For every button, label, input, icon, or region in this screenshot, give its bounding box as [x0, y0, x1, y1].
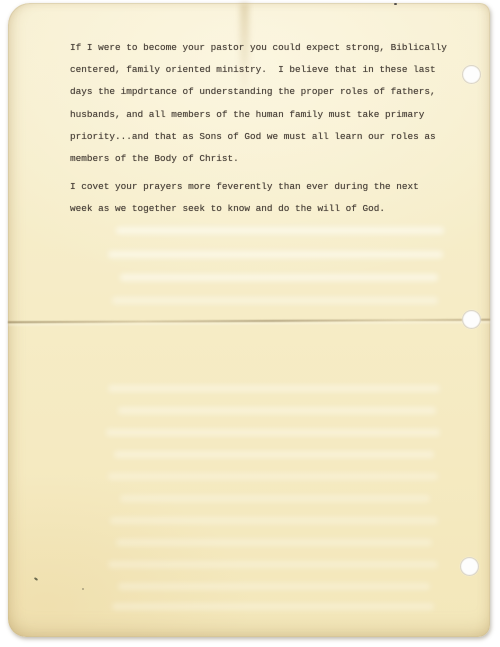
- scan-background: If I were to become your pastor you coul…: [0, 0, 500, 647]
- showthrough-line: [108, 473, 438, 480]
- showthrough-line: [108, 561, 438, 568]
- showthrough-line: [108, 251, 443, 258]
- showthrough-line: [116, 227, 444, 234]
- letter-body: If I were to become your pastor you coul…: [70, 37, 470, 221]
- punch-hole-bottom: [460, 557, 479, 576]
- showthrough-line: [120, 274, 438, 281]
- text-line: husbands, and all members of the human f…: [70, 104, 470, 126]
- punch-hole-top: [462, 65, 481, 84]
- punch-hole-middle: [462, 310, 481, 329]
- showthrough-line: [118, 583, 430, 590]
- showthrough-line: [116, 539, 432, 546]
- paragraph-1: If I were to become your pastor you coul…: [70, 37, 470, 170]
- showthrough-line: [118, 407, 436, 414]
- text-line: days the impdrtance of understanding the…: [70, 81, 470, 103]
- showthrough-line: [106, 429, 440, 436]
- showthrough-line: [110, 517, 438, 524]
- paper-speck: [394, 3, 397, 5]
- paper-speck: [34, 577, 38, 581]
- text-line: centered, family oriented ministry. I be…: [70, 59, 470, 81]
- showthrough-line: [108, 385, 440, 392]
- showthrough-line: [112, 603, 434, 610]
- text-line: I covet your prayers more feverently tha…: [70, 176, 470, 198]
- paper-speck: [82, 588, 84, 590]
- text-line: members of the Body of Christ.: [70, 148, 470, 170]
- showthrough-line: [112, 297, 438, 304]
- text-line: week as we together seek to know and do …: [70, 198, 470, 220]
- showthrough-line: [120, 495, 430, 502]
- text-line: If I were to become your pastor you coul…: [70, 37, 470, 59]
- text-line: priority...and that as Sons of God we mu…: [70, 126, 470, 148]
- letter-page: If I were to become your pastor you coul…: [8, 3, 490, 637]
- showthrough-line: [114, 451, 434, 458]
- paragraph-2: I covet your prayers more feverently tha…: [70, 176, 470, 220]
